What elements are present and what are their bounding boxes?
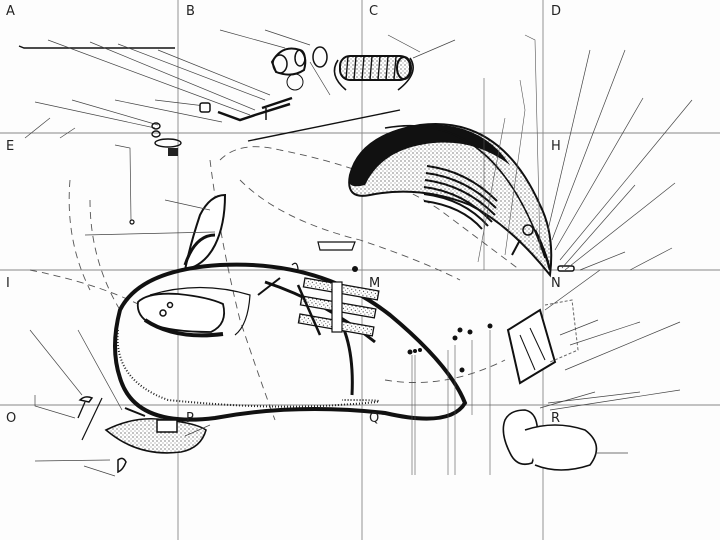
grid-label-q: Q (369, 412, 379, 425)
grid-label-n: N (551, 277, 561, 290)
part-number-plate-bracket (508, 270, 680, 383)
part-engine-cowl (349, 124, 574, 275)
part-long-rod (19, 40, 270, 128)
leader-lines-h (478, 35, 692, 270)
part-floor-strips (292, 242, 379, 336)
part-front-bracket (85, 195, 225, 270)
part-washers-clip (25, 118, 181, 224)
grid-label-i: I (6, 277, 10, 290)
grid-label-e: E (6, 140, 14, 153)
grid-label-h: H (551, 140, 561, 153)
grid-label-c: C (369, 5, 378, 18)
part-air-intake-elbow (220, 30, 330, 95)
grid-label-p: P (186, 412, 194, 425)
part-saddle-bracket (503, 390, 680, 470)
parts-diagram-sheet: A B C D E H I M N O P Q R (0, 0, 720, 540)
grid-label-b: B (186, 5, 195, 18)
part-side-panel (115, 265, 465, 420)
grid-label-o: O (6, 412, 16, 425)
part-small-fittings (30, 330, 126, 476)
grid-label-d: D (551, 5, 561, 18)
part-fasteners (408, 324, 493, 476)
grid-label-m: M (369, 277, 380, 290)
grid-label-r: R (551, 412, 560, 425)
exploded-view-drawing (0, 0, 720, 540)
grid-label-a: A (6, 5, 15, 18)
